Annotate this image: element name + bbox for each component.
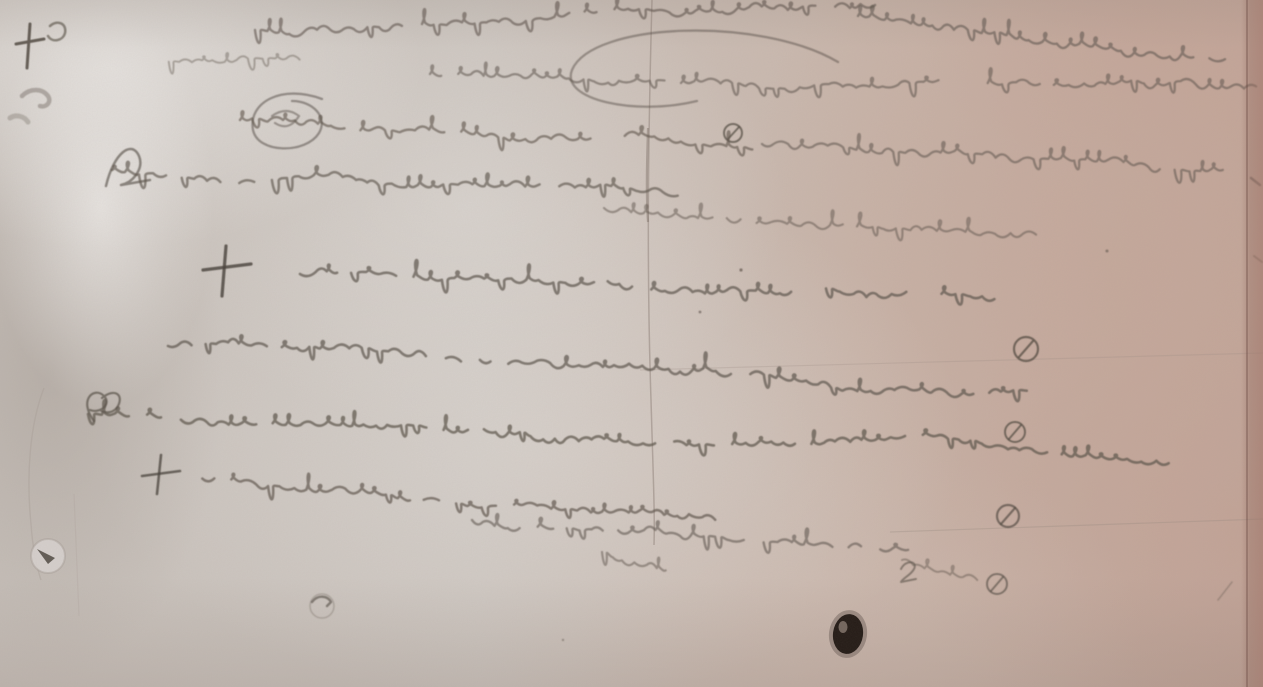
page-edge-strip	[1241, 0, 1263, 687]
manuscript-photo	[0, 0, 1263, 687]
page-edge-seam	[1246, 0, 1248, 687]
manuscript-ink-layer	[0, 0, 1263, 687]
paper-grain	[0, 0, 1263, 687]
